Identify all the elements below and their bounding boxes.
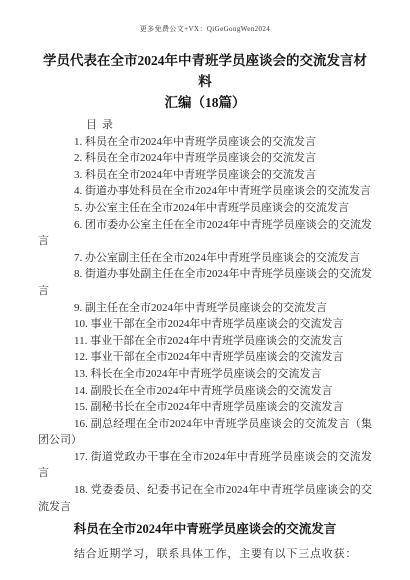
document-title-line1: 学员代表在全市2024年中青班学员座谈会的交流发言材料	[43, 53, 367, 89]
toc-item-10: 10. 事业干部在全市2024年中青班学员座谈会的交流发言	[38, 316, 372, 333]
toc-item-13: 13. 科长在全市2024年中青班学员座谈会的交流发言	[38, 366, 372, 383]
toc-item-18: 18. 党委委员、纪委书记在全市2024年中青班学员座谈会的交流发言	[38, 482, 372, 515]
toc-list: 1. 科员在全市2024年中青班学员座谈会的交流发言 2. 科员在全市2024年…	[38, 134, 372, 516]
body-paragraph: 结合近期学习，联系具体工作，主要有以下三点收获：	[38, 546, 372, 563]
toc-item-12: 12. 事业干部在全市2024年中青班学员座谈会的交流发言	[38, 349, 372, 366]
document-page: 更多免费公文+VX：QiGeGongWen2024 学员代表在全市2024年中青…	[0, 0, 410, 580]
section-title: 科员在全市2024年中青班学员座谈会的交流发言	[38, 521, 372, 538]
toc-item-8: 8. 街道办事处副主任在全市2024年中青班学员座谈会的交流发言	[38, 266, 372, 299]
toc-item-6: 6. 团市委办公室主任在全市2024年中青班学员座谈会的交流发言	[38, 217, 372, 250]
toc-item-1: 1. 科员在全市2024年中青班学员座谈会的交流发言	[38, 134, 372, 151]
toc-item-9: 9. 副主任在全市2024年中青班学员座谈会的交流发言	[38, 300, 372, 317]
toc-item-15: 15. 副秘书长在全市2024年中青班学员座谈会的交流发言	[38, 399, 372, 416]
document-title: 学员代表在全市2024年中青班学员座谈会的交流发言材料 汇编（18篇）	[38, 50, 372, 113]
table-of-contents: 目录 1. 科员在全市2024年中青班学员座谈会的交流发言 2. 科员在全市20…	[38, 117, 372, 515]
toc-item-4: 4. 街道办事处科员在全市2024年中青班学员座谈会的交流发言	[38, 183, 372, 200]
toc-item-16: 16. 副总经理在全市2024年中青班学员座谈会的交流发言（集团公司）	[38, 416, 372, 449]
toc-item-17: 17. 街道党政办干事在全市2024年中青班学员座谈会的交流发言	[38, 449, 372, 482]
toc-item-2: 2. 科员在全市2024年中青班学员座谈会的交流发言	[38, 150, 372, 167]
toc-item-14: 14. 副股长在全市2024年中青班学员座谈会的交流发言	[38, 383, 372, 400]
toc-item-11: 11. 事业干部在全市2024年中青班学员座谈会的交流发言	[38, 333, 372, 350]
document-title-line2: 汇编（18篇）	[165, 95, 246, 110]
header-watermark: 更多免费公文+VX：QiGeGongWen2024	[38, 24, 372, 34]
toc-heading: 目录	[38, 117, 372, 134]
toc-item-5: 5. 办公室主任在全市2024年中青班学员座谈会的交流发言	[38, 200, 372, 217]
toc-item-3: 3. 科员在全市2024年中青班学员座谈会的交流发言	[38, 167, 372, 184]
toc-item-7: 7. 办公室副主任在全市2024年中青班学员座谈会的交流发言	[38, 250, 372, 267]
